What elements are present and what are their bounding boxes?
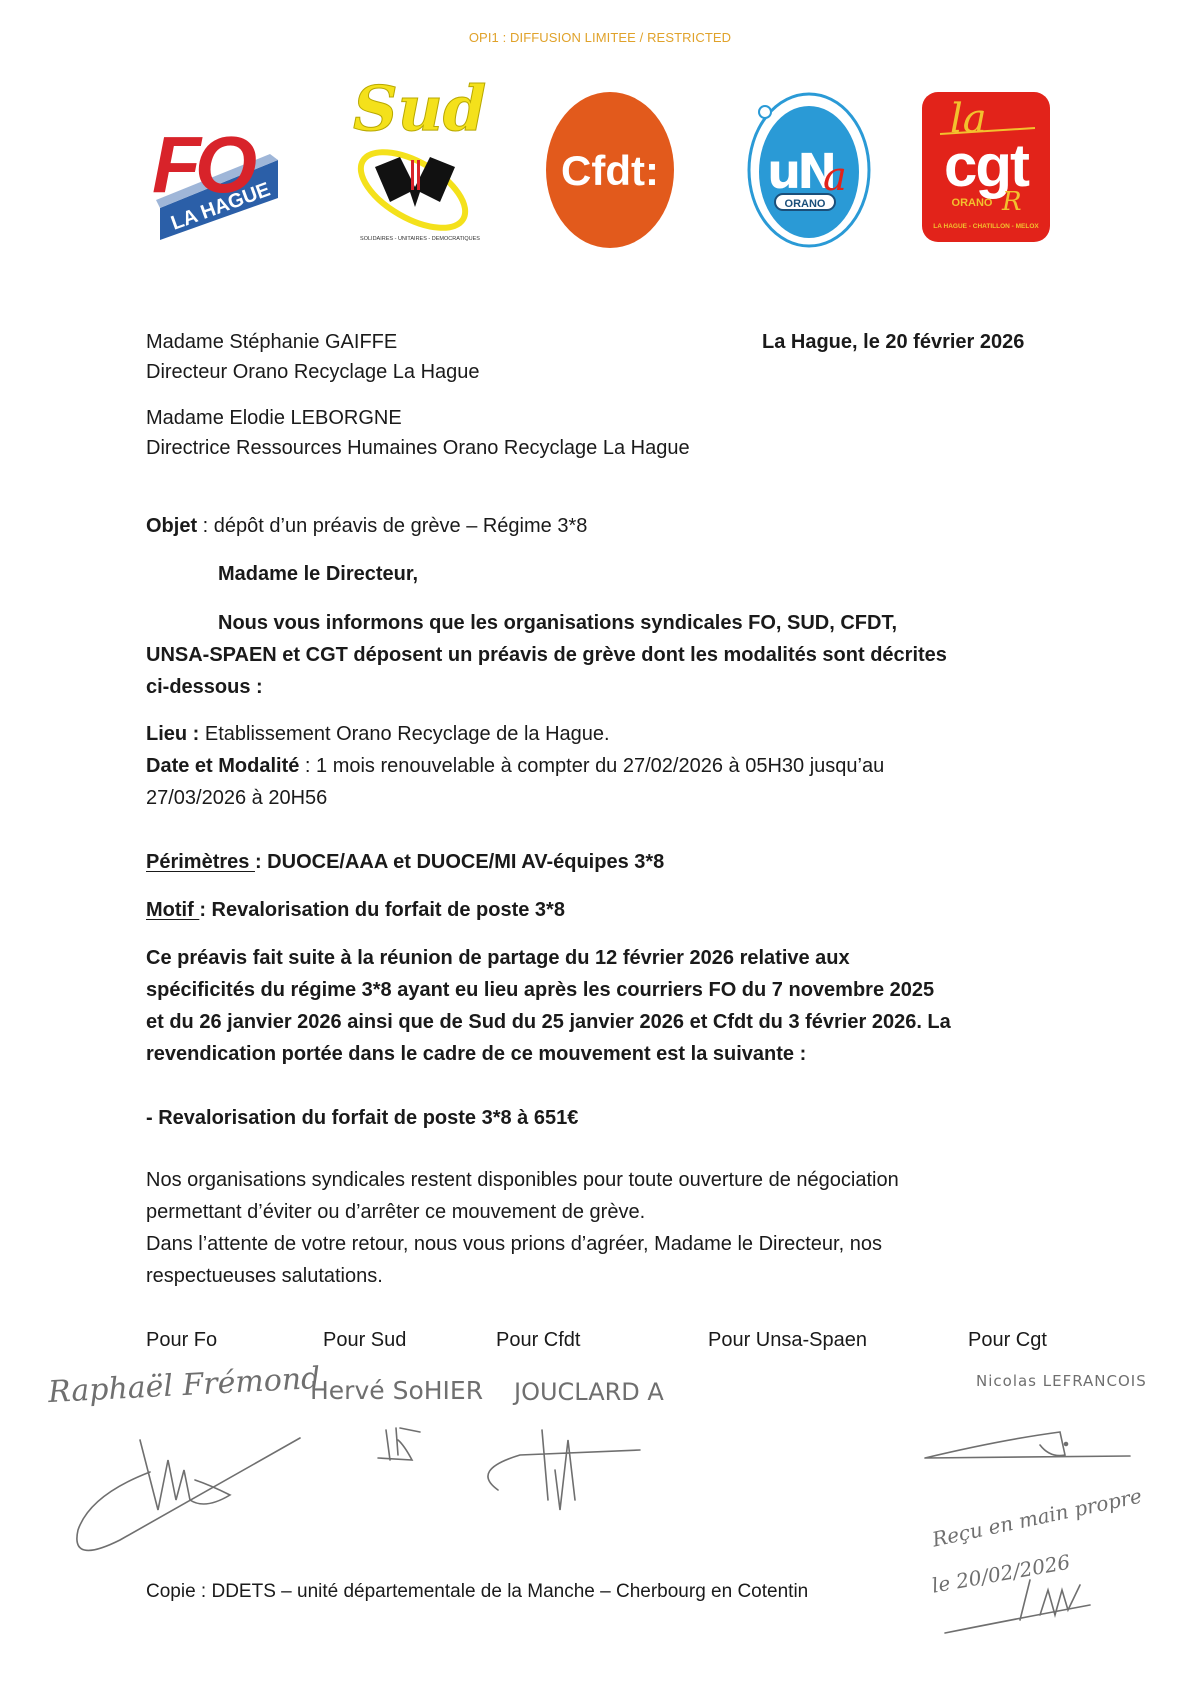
perimetres-label: Périmètres [146, 851, 255, 873]
lieu-line: Lieu : Etablissement Orano Recyclage de … [146, 718, 610, 750]
svg-text:LA HAGUE - CHATILLON - MELOX: LA HAGUE - CHATILLON - MELOX [933, 223, 1039, 230]
context-line-2: spécificités du régime 3*8 ayant eu lieu… [146, 974, 934, 1006]
subject-text: : dépôt d’un préavis de grève – Régime 3… [197, 515, 587, 537]
closing-line-1: Nos organisations syndicales restent dis… [146, 1164, 899, 1196]
recipient-1-name: Madame Stéphanie GAIFFE [146, 326, 397, 358]
signatory-sud: Pour Sud [323, 1324, 406, 1356]
cfdt-logo: Cfdt: [543, 90, 678, 250]
motif-text: : Revalorisation du forfait de poste 3*8 [199, 899, 565, 921]
context-line-1: Ce préavis fait suite à la réunion de pa… [146, 942, 850, 974]
lieu-label: Lieu : [146, 723, 199, 745]
svg-text:Cfdt:: Cfdt: [561, 147, 659, 194]
closing-line-2: permettant d’éviter ou d’arrêter ce mouv… [146, 1196, 645, 1228]
lieu-text: Etablissement Orano Recyclage de la Hagu… [199, 723, 609, 745]
classification-label: OPI1 : DIFFUSION LIMITEE / RESTRICTED [0, 30, 1200, 45]
motif-label: Motif [146, 899, 199, 921]
signatory-fo: Pour Fo [146, 1324, 217, 1356]
closing-line-3: Dans l’attente de votre retour, nous vou… [146, 1228, 882, 1260]
motif-line: Motif : Revalorisation du forfait de pos… [146, 894, 565, 926]
svg-text:Sud: Sud [353, 72, 486, 145]
svg-text:ORANO: ORANO [785, 198, 826, 210]
copy-line: Copie : DDETS – unité départementale de … [146, 1576, 808, 1608]
intro-line-2: UNSA-SPAEN et CGT déposent un préavis de… [146, 639, 947, 671]
context-line-4: revendication portée dans le cadre de ce… [146, 1038, 806, 1070]
intro-line-1: Nous vous informons que les organisation… [218, 607, 897, 639]
recipient-2-role: Directrice Ressources Humaines Orano Rec… [146, 432, 690, 464]
cgt-logo: la cgt ORANO R LA HAGUE - CHATILLON - ME… [920, 90, 1052, 245]
perimetres-text: : DUOCE/AAA et DUOCE/MI AV-équipes 3*8 [255, 851, 664, 873]
signatory-cfdt: Pour Cfdt [496, 1324, 580, 1356]
date-modalite-line: Date et Modalité : 1 mois renouvelable à… [146, 750, 884, 782]
perimetres-line: Périmètres : DUOCE/AAA et DUOCE/MI AV-éq… [146, 846, 664, 878]
fo-logo: FO LA HAGUE [150, 90, 300, 250]
svg-text:SOLIDAIRES - UNITAIRES - DEMOC: SOLIDAIRES - UNITAIRES - DEMOCRATIQUES [360, 236, 480, 242]
intro-line-3: ci-dessous : [146, 671, 263, 703]
recipient-1-role: Directeur Orano Recyclage La Hague [146, 356, 480, 388]
unsa-logo: uN a ORANO [745, 90, 880, 250]
closing-line-4: respectueuses salutations. [146, 1260, 383, 1292]
salutation: Madame le Directeur, [218, 558, 418, 590]
signatory-cgt: Pour Cgt [968, 1324, 1047, 1356]
demand: - Revalorisation du forfait de poste 3*8… [146, 1102, 578, 1134]
handwritten-cgt-name: Nicolas LEFRANCOIS [976, 1372, 1147, 1390]
recipient-2-name: Madame Elodie LEBORGNE [146, 402, 402, 434]
subject-line: Objet : dépôt d’un préavis de grève – Ré… [146, 510, 587, 542]
date-modalite-text: : 1 mois renouvelable à compter du 27/02… [299, 755, 884, 777]
signatory-unsa: Pour Unsa-Spaen [708, 1324, 867, 1356]
place-date: La Hague, le 20 février 2026 [762, 326, 1024, 358]
svg-text:R: R [1001, 187, 1022, 217]
svg-text:ORANO: ORANO [952, 197, 993, 209]
context-line-3: et du 26 janvier 2026 ainsi que de Sud d… [146, 1006, 951, 1038]
date-modalite-line-2: 27/03/2026 à 20H56 [146, 782, 327, 814]
subject-label: Objet [146, 515, 197, 537]
sud-logo: Sud SOLIDAIRES - UNITAIRES - DEMOCRATIQU… [345, 72, 495, 252]
date-modalite-label: Date et Modalité [146, 755, 299, 777]
